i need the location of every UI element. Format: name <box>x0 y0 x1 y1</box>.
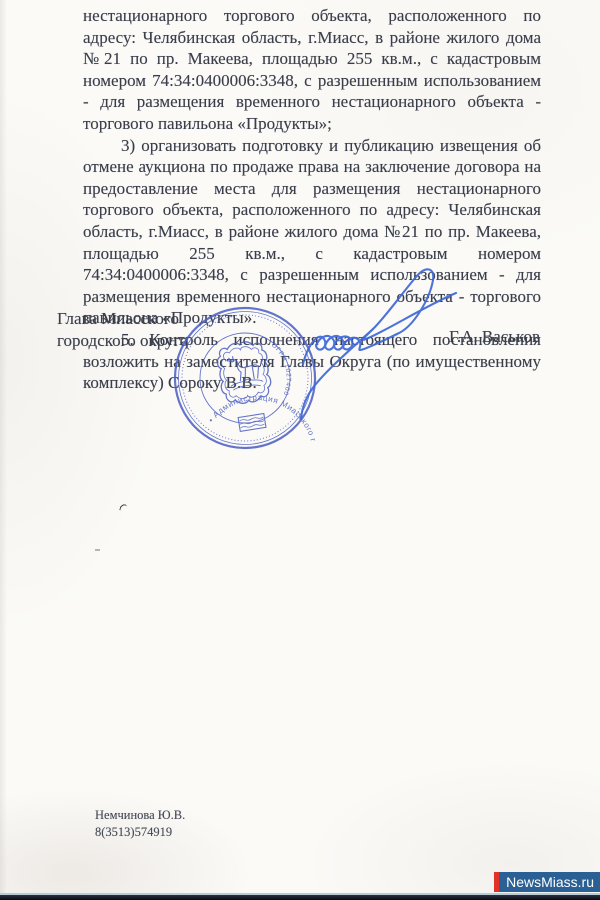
scanned-document-page: нестационарного торгового объекта, распо… <box>0 0 600 900</box>
elk-emblem-icon <box>227 353 264 391</box>
stamp-bottom-box <box>238 413 266 431</box>
paragraph-continuation: нестационарного торгового объекта, распо… <box>83 5 541 135</box>
watermark-label: NewsMiass.ru <box>499 872 600 892</box>
newsmiass-watermark: NewsMiass.ru <box>494 872 600 892</box>
executor-phone: 8(3513)574919 <box>95 824 185 841</box>
executor-block: Немчинова Ю.В. 8(3513)574919 <box>95 807 185 841</box>
scan-edge-shadow <box>0 895 600 900</box>
scan-speck <box>95 549 100 551</box>
signature-icon <box>280 256 472 431</box>
scan-speck <box>119 503 127 511</box>
executor-name: Немчинова Ю.В. <box>95 807 185 824</box>
handwritten-signature <box>280 256 472 431</box>
